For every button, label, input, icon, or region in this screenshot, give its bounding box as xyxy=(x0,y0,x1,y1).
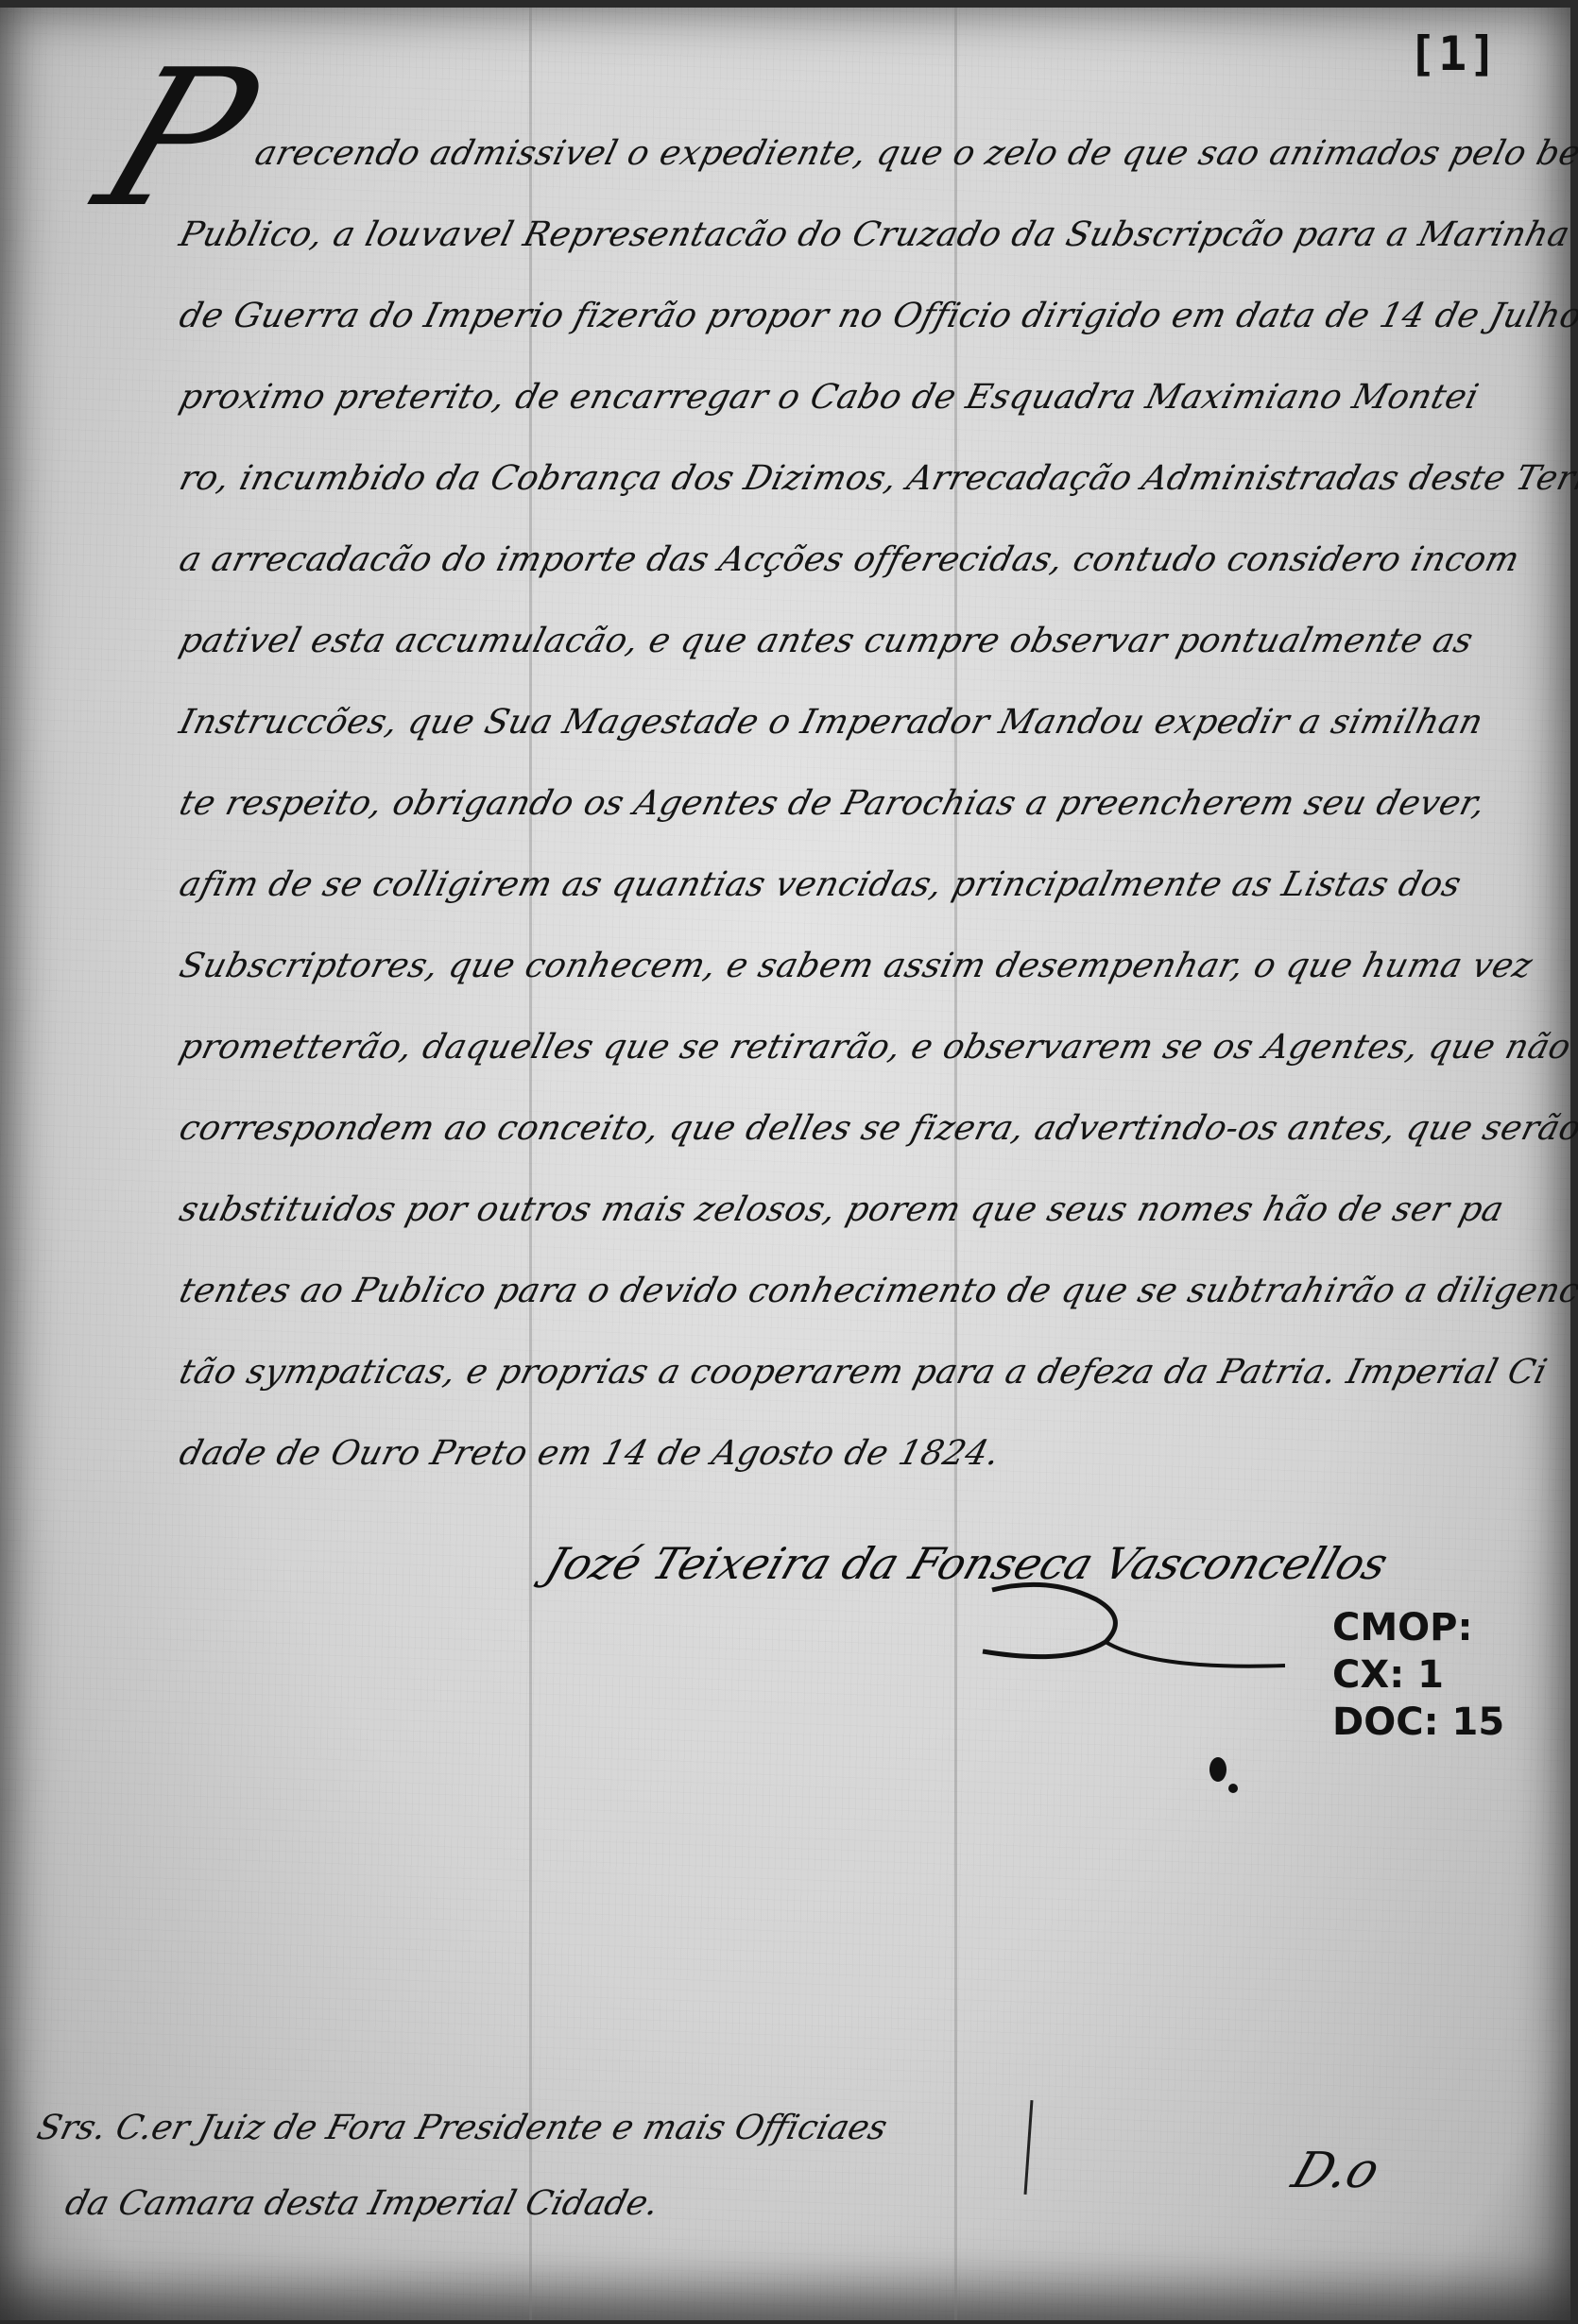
body-line: ro, incumbido da Cobrança dos Dizimos, A… xyxy=(170,438,1578,520)
addressee-line: Srs. C.er Juiz de Fora Presidente e mais… xyxy=(28,2091,896,2166)
manuscript-page: [1] P arecendo admissivel o expediente, … xyxy=(0,8,1570,2320)
body-line: Subscriptores, que conhecem, e sabem ass… xyxy=(170,926,1578,1007)
letter-body: arecendo admissivel o expediente, que o … xyxy=(170,113,1559,1495)
body-line: prometterão, daquelles que se retirarão,… xyxy=(170,1007,1578,1088)
catalog-box: CX: 1 xyxy=(1332,1651,1504,1699)
body-line: te respeito, obrigando os Agentes de Par… xyxy=(170,763,1578,845)
body-line: correspondem ao conceito, que delles se … xyxy=(170,1088,1578,1170)
body-line: tentes ao Publico para o devido conhecim… xyxy=(170,1251,1578,1332)
body-line: Instruccões, que Sua Magestade o Imperad… xyxy=(170,682,1578,763)
closing-mark: D.o xyxy=(1285,2143,1386,2199)
catalog-doc: DOC: 15 xyxy=(1332,1699,1504,1746)
body-line: arecendo admissivel o expediente, que o … xyxy=(170,113,1578,195)
body-line: pativel esta accumulacão, e que antes cu… xyxy=(170,601,1578,682)
archive-catalog-note: CMOP: CX: 1 DOC: 15 xyxy=(1332,1604,1504,1746)
addressee-block: Srs. C.er Juiz de Fora Presidente e mais… xyxy=(38,2091,886,2242)
signature-flourish-icon xyxy=(964,1576,1285,1680)
ink-blot xyxy=(1209,1757,1226,1782)
body-line: de Guerra do Imperio fizerão propor no O… xyxy=(170,276,1578,357)
archive-page-number: [1] xyxy=(1408,26,1499,81)
body-line: a arrecadacão do importe das Acções offe… xyxy=(170,520,1578,601)
body-line: proximo preterito, de encarregar o Cabo … xyxy=(170,357,1578,438)
body-line: tão sympaticas, e proprias a cooperarem … xyxy=(170,1332,1578,1413)
body-line: afim de se colligirem as quantias vencid… xyxy=(170,845,1578,926)
body-line: dade de Ouro Preto em 14 de Agosto de 18… xyxy=(170,1413,1578,1495)
body-line: substituidos por outros mais zelosos, po… xyxy=(170,1170,1578,1251)
catalog-collection: CMOP: xyxy=(1332,1604,1504,1651)
addressee-line: da Camara desta Imperial Cidade. xyxy=(28,2166,896,2242)
ink-blot xyxy=(1228,1784,1238,1793)
pen-stroke xyxy=(1024,2100,1034,2195)
body-line: Publico, a louvavel Representacão do Cru… xyxy=(170,195,1578,276)
